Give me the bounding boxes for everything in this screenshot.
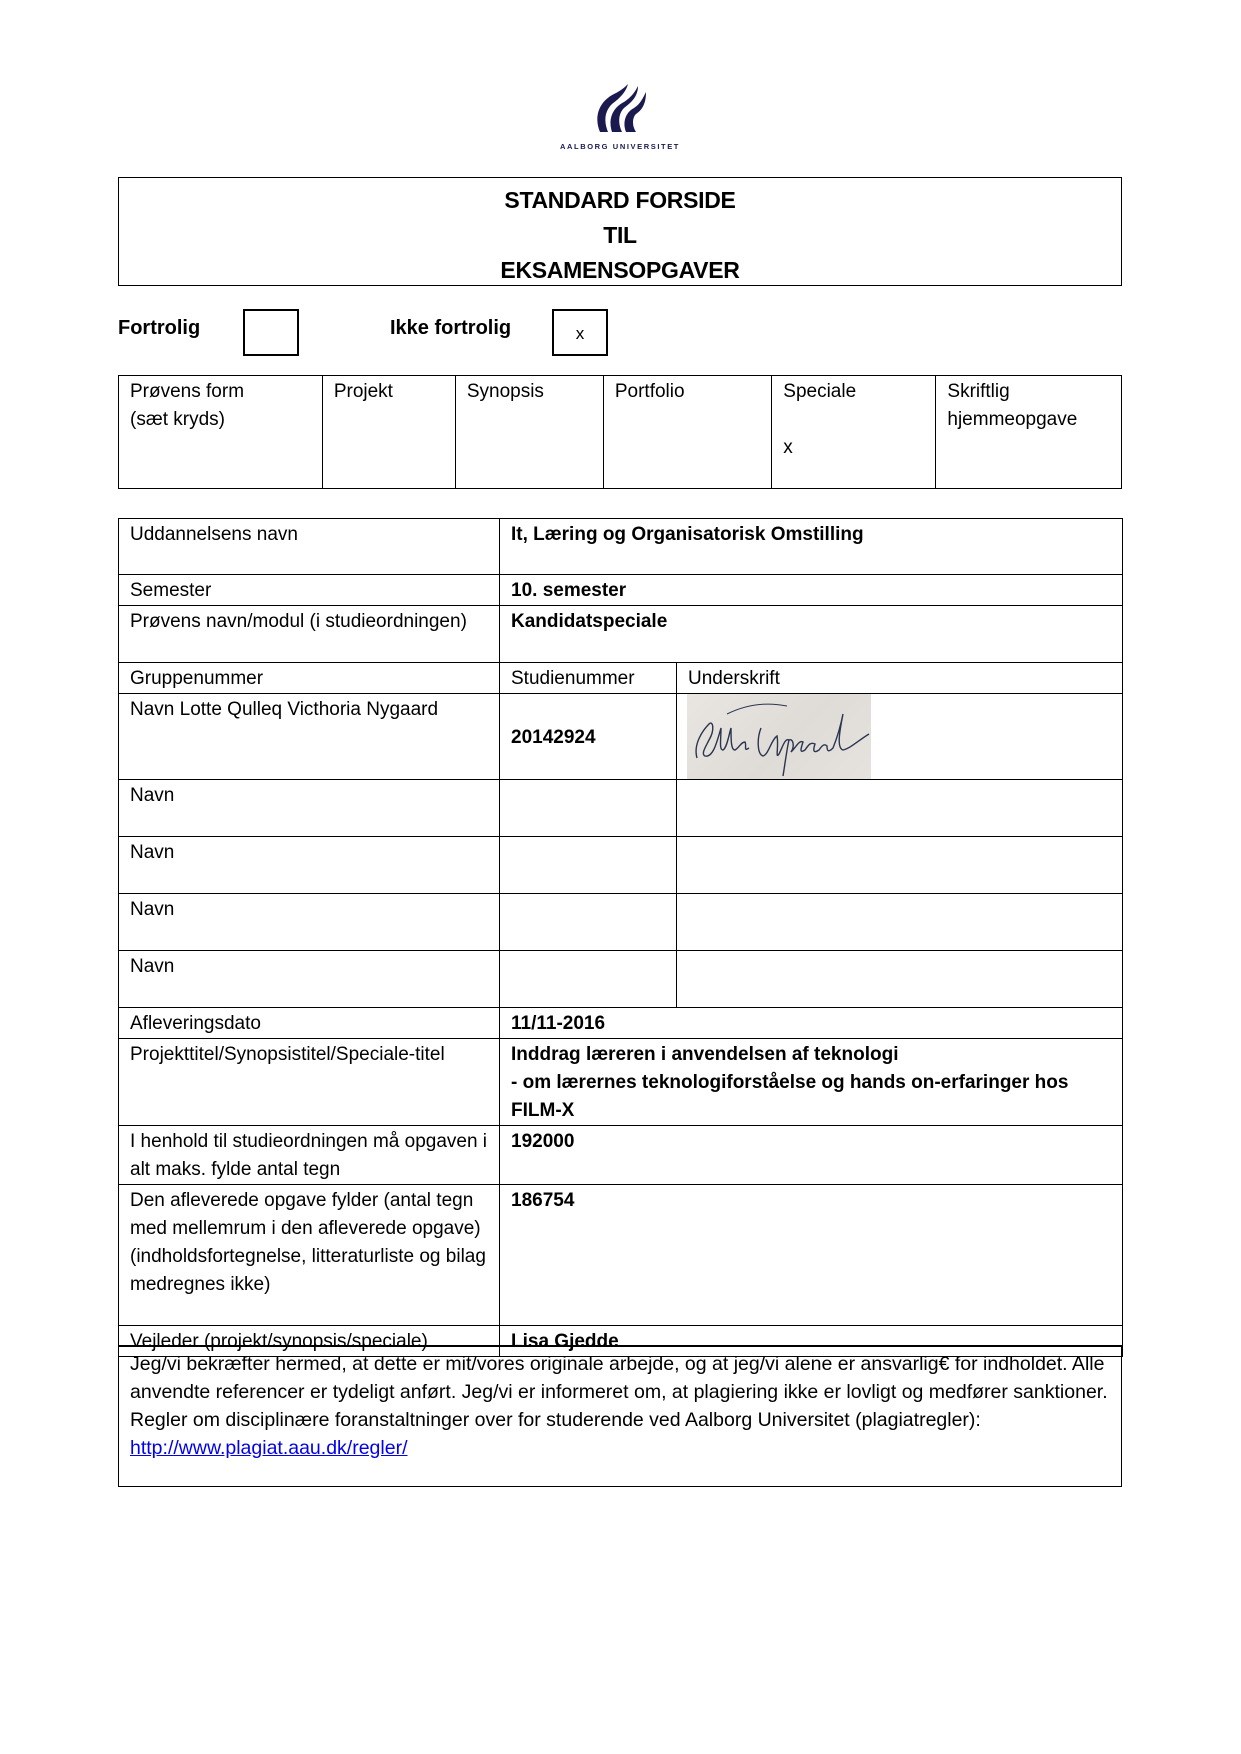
exam-option-speciale[interactable]: Speciale x	[772, 376, 936, 489]
exam-form-label: Prøvens form (sæt kryds)	[119, 376, 323, 489]
actual-chars-value: 186754	[500, 1185, 1123, 1326]
delivery-date-label: Afleveringsdato	[119, 1008, 500, 1039]
table-row-title: Projekttitel/Synopsistitel/Speciale-tite…	[119, 1039, 1123, 1126]
table-row-member: Navn Lotte Qulleq Victhoria Nygaard 2014…	[119, 694, 1123, 780]
exam-option-synopsis[interactable]: Synopsis	[455, 376, 603, 489]
member-name: Navn	[119, 780, 500, 837]
member-signature-cell[interactable]	[677, 780, 1123, 837]
project-title-value: Inddrag læreren i anvendelsen af teknolo…	[500, 1039, 1123, 1126]
member-name: Navn Lotte Qulleq Victhoria Nygaard	[119, 694, 500, 780]
declaration-text: Jeg/vi bekræfter hermed, at dette er mit…	[130, 1353, 1108, 1431]
option-label: Synopsis	[467, 378, 593, 406]
table-row-exam-name: Prøvens navn/modul (i studieordningen) K…	[119, 606, 1123, 663]
exam-option-skriftlig-hjemmeopgave[interactable]: Skriftlig hjemmeopgave	[936, 376, 1122, 489]
details-table: Uddannelsens navn It, Læring og Organisa…	[118, 518, 1123, 1357]
not-confidential-label: Ikke fortrolig	[390, 316, 511, 340]
project-title-line1: Inddrag læreren i anvendelsen af teknolo…	[511, 1041, 1112, 1069]
education-label: Uddannelsens navn	[119, 519, 500, 575]
title-line-2: TIL	[119, 218, 1121, 253]
handwritten-signature-icon	[687, 694, 871, 780]
table-row-group-header: Gruppenummer Studienummer Underskrift	[119, 663, 1123, 694]
table-row-member: Navn	[119, 780, 1123, 837]
semester-label: Semester	[119, 575, 500, 606]
actual-chars-label: Den afleverede opgave fylder (antal tegn…	[119, 1185, 500, 1326]
title-line-1: STANDARD FORSIDE	[119, 183, 1121, 218]
member-name: Navn	[119, 894, 500, 951]
exam-option-portfolio[interactable]: Portfolio	[603, 376, 771, 489]
signature-header: Underskrift	[677, 663, 1123, 694]
member-signature-cell	[677, 694, 1123, 780]
project-title-line2: - om lærernes teknologiforståelse og han…	[511, 1069, 1112, 1125]
university-logo: AALBORG UNIVERSITET	[560, 80, 680, 160]
education-value: It, Læring og Organisatorisk Omstilling	[500, 519, 1123, 575]
project-title-label: Projekttitel/Synopsistitel/Speciale-tite…	[119, 1039, 500, 1126]
exam-form-label-line2: (sæt kryds)	[130, 406, 312, 434]
exam-form-label-line1: Prøvens form	[130, 378, 312, 406]
confidential-label: Fortrolig	[118, 316, 200, 340]
form-title-box: STANDARD FORSIDE TIL EKSAMENSOPGAVER	[118, 177, 1122, 286]
title-line-3: EKSAMENSOPGAVER	[119, 253, 1121, 288]
aau-logo-icon	[592, 82, 648, 134]
option-mark: x	[783, 434, 925, 462]
member-signature-cell[interactable]	[677, 894, 1123, 951]
table-row-actual-chars: Den afleverede opgave fylder (antal tegn…	[119, 1185, 1123, 1326]
not-confidential-checkbox[interactable]: x	[552, 309, 608, 356]
max-chars-label: I henhold til studieordningen må opgaven…	[119, 1126, 500, 1185]
table-row-delivery-date: Afleveringsdato 11/11-2016	[119, 1008, 1123, 1039]
signature-image	[687, 694, 871, 780]
member-student-no[interactable]	[500, 894, 677, 951]
option-label-line2: hjemmeopgave	[947, 406, 1111, 434]
group-label: Gruppenummer	[119, 663, 500, 694]
exam-form-table: Prøvens form (sæt kryds) Projekt Synopsi…	[118, 375, 1122, 489]
student-no-header: Studienummer	[500, 663, 677, 694]
member-student-no[interactable]	[500, 951, 677, 1008]
exam-name-label: Prøvens navn/modul (i studieordningen)	[119, 606, 500, 663]
option-label: Speciale	[783, 378, 925, 406]
member-name: Navn	[119, 837, 500, 894]
member-student-no[interactable]	[500, 780, 677, 837]
exam-option-projekt[interactable]: Projekt	[322, 376, 455, 489]
plagiarism-rules-link[interactable]: http://www.plagiat.aau.dk/regler/	[130, 1437, 408, 1459]
logo-wordmark: AALBORG UNIVERSITET	[560, 142, 680, 151]
table-row-member: Navn	[119, 894, 1123, 951]
member-student-no[interactable]	[500, 837, 677, 894]
delivery-date-value: 11/11-2016	[500, 1008, 1123, 1039]
plagiarism-declaration: Jeg/vi bekræfter hermed, at dette er mit…	[118, 1345, 1122, 1487]
member-student-no: 20142924	[500, 694, 677, 780]
table-row-education: Uddannelsens navn It, Læring og Organisa…	[119, 519, 1123, 575]
member-signature-cell[interactable]	[677, 837, 1123, 894]
table-row-semester: Semester 10. semester	[119, 575, 1123, 606]
max-chars-value: 192000	[500, 1126, 1123, 1185]
table-row-member: Navn	[119, 951, 1123, 1008]
member-signature-cell[interactable]	[677, 951, 1123, 1008]
option-label: Portfolio	[615, 378, 761, 406]
option-label-line1: Skriftlig	[947, 378, 1111, 406]
option-label: Projekt	[334, 378, 445, 406]
member-name: Navn	[119, 951, 500, 1008]
semester-value: 10. semester	[500, 575, 1123, 606]
exam-name-value: Kandidatspeciale	[500, 606, 1123, 663]
table-row-member: Navn	[119, 837, 1123, 894]
confidential-checkbox[interactable]	[243, 309, 299, 356]
table-row-max-chars: I henhold til studieordningen må opgaven…	[119, 1126, 1123, 1185]
